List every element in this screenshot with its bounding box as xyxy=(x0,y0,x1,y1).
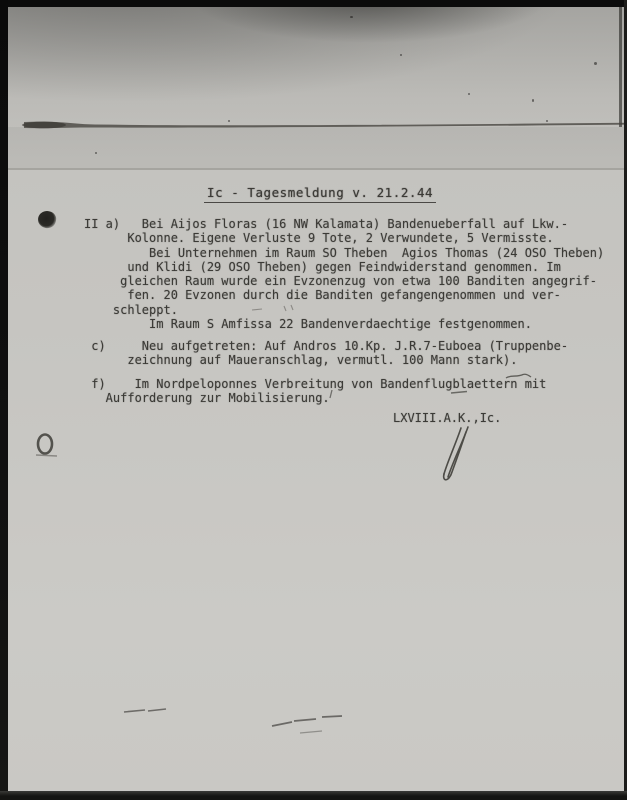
pen-tick-mark xyxy=(330,390,332,398)
scanned-document-page: Ic - Tagesmeldung v. 21.2.44 II a) Bei A… xyxy=(0,0,627,800)
signature-mark xyxy=(444,427,468,480)
scan-border-top xyxy=(0,0,627,7)
scan-border-bottom xyxy=(0,791,627,800)
handwriting-graphic xyxy=(0,0,627,800)
pen-dash-mark xyxy=(451,392,467,394)
scan-border-left xyxy=(0,0,8,800)
correction-squiggle-icon xyxy=(506,374,531,378)
